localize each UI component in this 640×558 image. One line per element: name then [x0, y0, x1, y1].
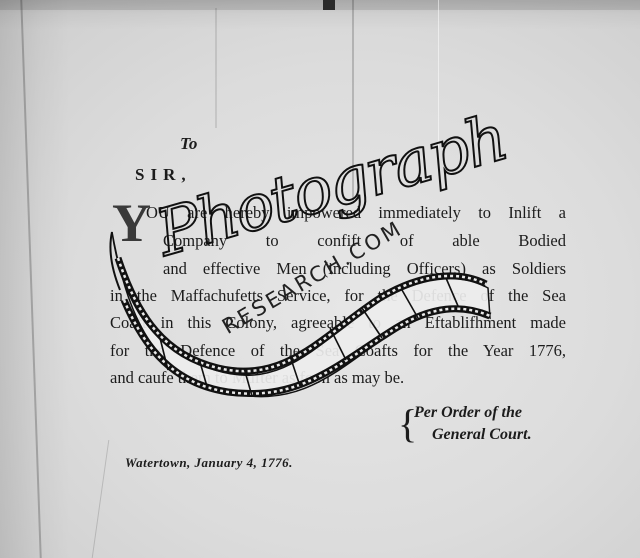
paper-fold-line [352, 0, 354, 200]
body-line-text: and effective Men (including Officers) a… [163, 259, 566, 279]
ink-stain [323, 0, 335, 10]
paper-crease [92, 440, 110, 558]
salutation-to: To [180, 134, 197, 154]
body-line-4: in the Maffachufetts Service, for the De… [110, 286, 566, 306]
body-line-text: for the Defence of the Sea Coafts for th… [110, 341, 566, 361]
dateline: Watertown, January 4, 1776. [125, 455, 293, 471]
body-line-3: and effective Men (including Officers) a… [163, 259, 566, 279]
top-edge-shadow [0, 0, 640, 10]
paper-crease-highlight [438, 0, 439, 150]
body-line-1: OU are hereby impowered immediately to I… [146, 203, 566, 223]
body-line-text: OU are hereby impowered immediately to I… [146, 203, 566, 223]
body-line-text: Coaft in this Colony, agreeable to an Ef… [110, 313, 566, 333]
paper-tear-edge [20, 0, 41, 558]
body-line-5: Coaft in this Colony, agreeable to an Ef… [110, 313, 566, 333]
brace-symbol: { [398, 402, 417, 446]
body-line-text: and caufe them to Mufter as foon as may … [110, 368, 404, 387]
salutation-sir: SIR, [135, 165, 192, 185]
document-sheet: To SIR, Y OU are hereby impowered immedi… [0, 0, 640, 558]
body-line-7: and caufe them to Mufter as foon as may … [110, 368, 404, 388]
body-line-text: in the Maffachufetts Service, for the De… [110, 286, 566, 306]
paper-fold-line [215, 8, 217, 128]
body-line-6: for the Defence of the Sea Coafts for th… [110, 341, 566, 361]
body-line-text: Company to confift of able Bodied [163, 231, 566, 251]
signature-block: { Per Order of the General Court. [410, 402, 532, 446]
signature-line-1: Per Order of the [410, 402, 532, 424]
body-line-2: Company to confift of able Bodied [163, 231, 566, 251]
signature-line-2: General Court. [410, 424, 532, 446]
